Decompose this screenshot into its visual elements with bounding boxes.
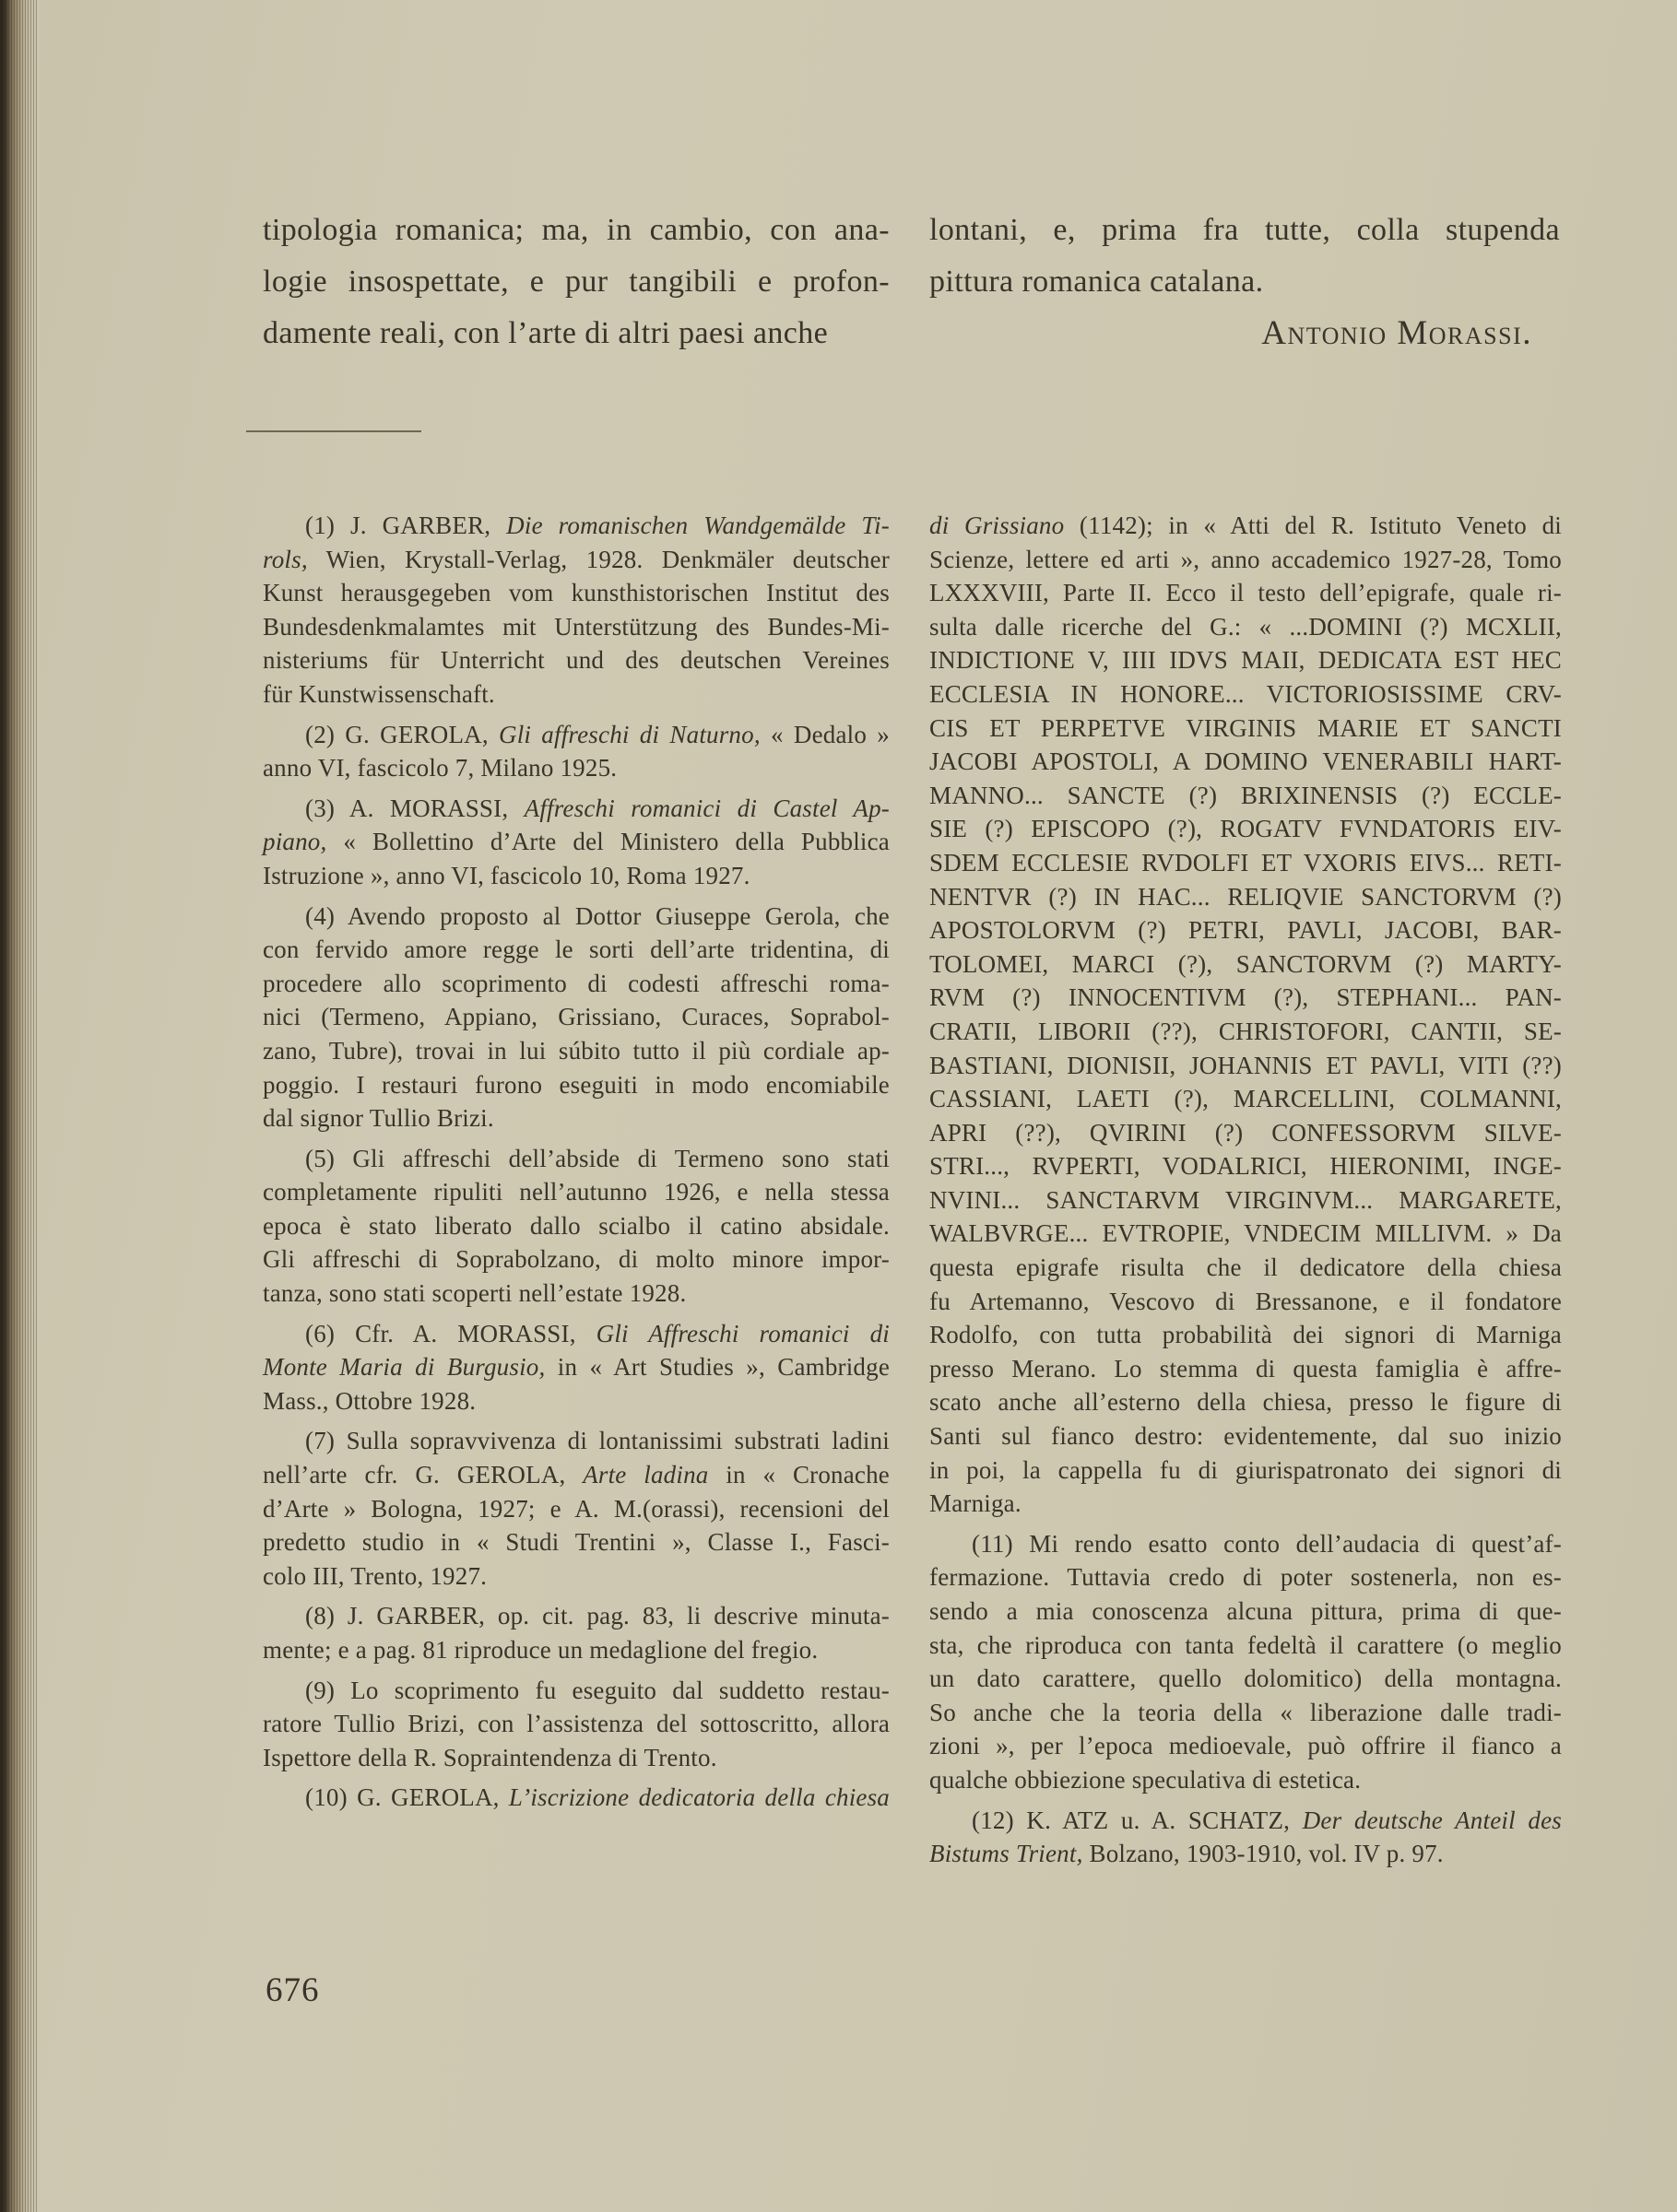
body-text-line: damente reali, con l’arte di altri paesi… <box>263 308 890 359</box>
binding-edge <box>0 0 39 2212</box>
footnote-line: TOLOMEI, MARCI (?), SANCTORVM (?) MARTY- <box>929 947 1562 982</box>
body-text-line: tipologia romanica; ma, in cambio, con a… <box>263 205 890 256</box>
footnote-line: un dato carattere, quello dolomitico) de… <box>929 1662 1562 1696</box>
footnote-line: Kunst herausgegeben vom kunsthistorische… <box>263 576 890 610</box>
footnote-line: So anche che la teoria della « liberazio… <box>929 1696 1562 1730</box>
footnote-line: dal signor Tullio Brizi. <box>263 1101 890 1135</box>
footnote-line: (9) Lo scoprimento fu eseguito dal sudde… <box>263 1674 890 1708</box>
footnote-line: für Kunstwissenschaft. <box>263 677 890 712</box>
page-number: 676 <box>266 1971 320 2010</box>
footnote-line: BASTIANI, DIONISII, JOHANNIS ET PAVLI, V… <box>929 1049 1562 1083</box>
footnotes-column-right: di Grissiano (1142); in « Atti del R. Is… <box>929 509 1562 1871</box>
footnote-line: d’Arte » Bologna, 1927; e A. M.(orassi),… <box>263 1492 890 1526</box>
footnote-line: NVINI... SANCTARVM VIRGINVM... MARGARETE… <box>929 1183 1562 1218</box>
footnote-line: (11) Mi rendo esatto conto dell’audacia … <box>929 1527 1562 1561</box>
footnote-line: in poi, la cappella fu di giurispatronat… <box>929 1453 1562 1488</box>
footnote-line: Rodolfo, con tutta probabilità dei signo… <box>929 1318 1562 1352</box>
footnote-line: colo III, Trento, 1927. <box>263 1559 890 1594</box>
footnote-line: WALBVRGE... EVTROPIE, VNDECIM MILLIVM. »… <box>929 1217 1562 1251</box>
footnote-line: (4) Avendo proposto al Dottor Giuseppe G… <box>263 900 890 934</box>
footnote: (5) Gli affreschi dell’abside di Termeno… <box>263 1142 890 1311</box>
footnote-line: di Grissiano (1142); in « Atti del R. Is… <box>929 509 1562 543</box>
footnote-line: nisteriums für Unterricht und des deutsc… <box>263 643 890 677</box>
footnote-line: scato anche all’esterno della chiesa, pr… <box>929 1385 1562 1419</box>
footnote-line: sta, che riproduca con tanta fedeltà il … <box>929 1629 1562 1663</box>
separator-rule <box>246 430 421 432</box>
footnote-line: predetto studio in « Studi Trentini », C… <box>263 1525 890 1559</box>
footnote-line: Gli affreschi di Soprabolzano, di molto … <box>263 1242 890 1277</box>
footnote-line: zioni », per l’epoca medioevale, può off… <box>929 1729 1562 1763</box>
footnote-line: Bistums Trient, Bolzano, 1903-1910, vol.… <box>929 1837 1562 1871</box>
footnote-line: rols, Wien, Krystall-Verlag, 1928. Denkm… <box>263 543 890 577</box>
footnote-line: (1) J. GARBER, Die romanischen Wandgemäl… <box>263 509 890 543</box>
footnote-line: (10) G. GEROLA, L’iscrizione dedicatoria… <box>263 1781 890 1815</box>
footnote-line: Bundesdenkmalamtes mit Unterstützung des… <box>263 610 890 644</box>
footnote-line: qualche obbiezione speculativa di esteti… <box>929 1763 1562 1797</box>
footnote-line: epoca è stato liberato dallo scialbo il … <box>263 1209 890 1243</box>
footnote-line: completamente ripuliti nell’autunno 1926… <box>263 1175 890 1209</box>
footnote-line: SIE (?) EPISCOPO (?), ROGATV FVNDATORIS … <box>929 812 1562 846</box>
footnote: (8) J. GARBER, op. cit. pag. 83, li desc… <box>263 1599 890 1666</box>
footnote: (10) G. GEROLA, L’iscrizione dedicatoria… <box>263 1781 890 1815</box>
footnote-line: questa epigrafe risulta che il dedicator… <box>929 1251 1562 1285</box>
footnote-line: CASSIANI, LAETI (?), MARCELLINI, COLMANN… <box>929 1082 1562 1116</box>
footnote-line: (6) Cfr. A. MORASSI, Gli Affreschi roman… <box>263 1317 890 1351</box>
footnote-line: CRATII, LIBORII (??), CHRISTOFORI, CANTI… <box>929 1015 1562 1049</box>
footnote: (3) A. MORASSI, Affreschi romanici di Ca… <box>263 792 890 893</box>
footnote-line: ECCLESIA IN HONORE... VICTORIOSISSIME CR… <box>929 677 1562 712</box>
footnote-line: Marniga. <box>929 1487 1562 1521</box>
footnote: (4) Avendo proposto al Dottor Giuseppe G… <box>263 900 890 1135</box>
footnote-line: poggio. I restauri furono eseguiti in mo… <box>263 1068 890 1102</box>
footnote-line: MANNO... SANCTE (?) BRIXINENSIS (?) ECCL… <box>929 779 1562 813</box>
body-text-line: pittura romanica catalana. <box>929 256 1560 308</box>
footnote-line: presso Merano. Lo stemma di questa famig… <box>929 1352 1562 1386</box>
footnote-line: zano, Tubre), trovai in lui súbito tutto… <box>263 1034 890 1068</box>
footnote: (1) J. GARBER, Die romanischen Wandgemäl… <box>263 509 890 712</box>
footnote-line: CIS ET PERPETVE VIRGINIS MARIE ET SANCTI <box>929 712 1562 746</box>
footnote-line: JACOBI APOSTOLI, A DOMINO VENERABILI HAR… <box>929 745 1562 779</box>
footnote-line: anno VI, fascicolo 7, Milano 1925. <box>263 751 890 785</box>
footnote-line: fu Artemanno, Vescovo di Bressanone, e i… <box>929 1285 1562 1319</box>
footnote-line: nici (Termeno, Appiano, Grissiano, Curac… <box>263 1000 890 1034</box>
footnote-line: nell’arte cfr. G. GEROLA, Arte ladina in… <box>263 1458 890 1492</box>
footnote-line: APOSTOLORVM (?) PETRI, PAVLI, JACOBI, BA… <box>929 913 1562 947</box>
footnotes-column-left: (1) J. GARBER, Die romanischen Wandgemäl… <box>263 509 890 1815</box>
footnote-line: Mass., Ottobre 1928. <box>263 1384 890 1418</box>
footnote-line: mente; e a pag. 81 riproduce un medaglio… <box>263 1633 890 1667</box>
footnote-line: Santi sul fianco destro: evidentemente, … <box>929 1419 1562 1453</box>
footnote-line: sulta dalle ricerche del G.: « ...DOMINI… <box>929 610 1562 644</box>
footnote-line: (12) K. ATZ u. A. SCHATZ, Der deutsche A… <box>929 1804 1562 1838</box>
footnote-line: (2) G. GEROLA, Gli affreschi di Naturno,… <box>263 718 890 752</box>
footnote-line: (3) A. MORASSI, Affreschi romanici di Ca… <box>263 792 890 826</box>
footnote-line: ratore Tullio Brizi, con l’assistenza de… <box>263 1707 890 1741</box>
footnote-line: sendo a mia conoscenza alcuna pittura, p… <box>929 1594 1562 1629</box>
footnote-line: NENTVR (?) IN HAC... RELIQVIE SANCTORVM … <box>929 880 1562 914</box>
footnote: (7) Sulla sopravvivenza di lontanissimi … <box>263 1424 890 1593</box>
author-signature: Antonio Morassi. <box>929 308 1560 359</box>
footnote-line: APRI (??), QVIRINI (?) CONFESSORVM SILVE… <box>929 1116 1562 1150</box>
footnote-line: (7) Sulla sopravvivenza di lontanissimi … <box>263 1424 890 1458</box>
footnote-line: con fervido amore regge le sorti dell’ar… <box>263 933 890 967</box>
body-text-line: logie insospettate, e pur tangibili e pr… <box>263 256 890 308</box>
body-text-line: lontani, e, prima fra tutte, colla stupe… <box>929 205 1560 256</box>
footnote-line: Ispettore della R. Sopraintendenza di Tr… <box>263 1741 890 1775</box>
footnote-line: fermazione. Tuttavia credo di poter sost… <box>929 1560 1562 1594</box>
footnote-line: procedere allo scoprimento di codesti af… <box>263 967 890 1001</box>
footnote-line: Scienze, lettere ed arti », anno accadem… <box>929 543 1562 577</box>
footnote-line: (8) J. GARBER, op. cit. pag. 83, li desc… <box>263 1599 890 1633</box>
footnote-line: LXXXVIII, Parte II. Ecco il testo dell’e… <box>929 576 1562 610</box>
footnote: (11) Mi rendo esatto conto dell’audacia … <box>929 1527 1562 1797</box>
body-column-left: tipologia romanica; ma, in cambio, con a… <box>263 205 890 359</box>
footnote-line: tanza, sono stati scoperti nell’estate 1… <box>263 1277 890 1311</box>
footnote: (6) Cfr. A. MORASSI, Gli Affreschi roman… <box>263 1317 890 1418</box>
footnote: (12) K. ATZ u. A. SCHATZ, Der deutsche A… <box>929 1804 1562 1871</box>
footnote-line: STRI..., RVPERTI, VODALRICI, HIERONIMI, … <box>929 1149 1562 1183</box>
footnote-line: Istruzione », anno VI, fascicolo 10, Rom… <box>263 859 890 893</box>
body-column-right: lontani, e, prima fra tutte, colla stupe… <box>929 205 1560 308</box>
footnote-line: (5) Gli affreschi dell’abside di Termeno… <box>263 1142 890 1176</box>
book-page-scan: tipologia romanica; ma, in cambio, con a… <box>0 0 1677 2212</box>
footnote-line: RVM (?) INNOCENTIVM (?), STEPHANI... PAN… <box>929 981 1562 1015</box>
footnote-line: piano, « Bollettino d’Arte del Ministero… <box>263 825 890 859</box>
footnote-line: Monte Maria di Burgusio, in « Art Studie… <box>263 1350 890 1384</box>
footnote-line: SDEM ECCLESIE RVDOLFI ET VXORIS EIVS... … <box>929 846 1562 880</box>
footnote: (9) Lo scoprimento fu eseguito dal sudde… <box>263 1674 890 1775</box>
footnote-line: INDICTIONE V, IIII IDVS MAII, DEDICATA E… <box>929 643 1562 677</box>
footnote: (2) G. GEROLA, Gli affreschi di Naturno,… <box>263 718 890 785</box>
footnote: di Grissiano (1142); in « Atti del R. Is… <box>929 509 1562 1521</box>
